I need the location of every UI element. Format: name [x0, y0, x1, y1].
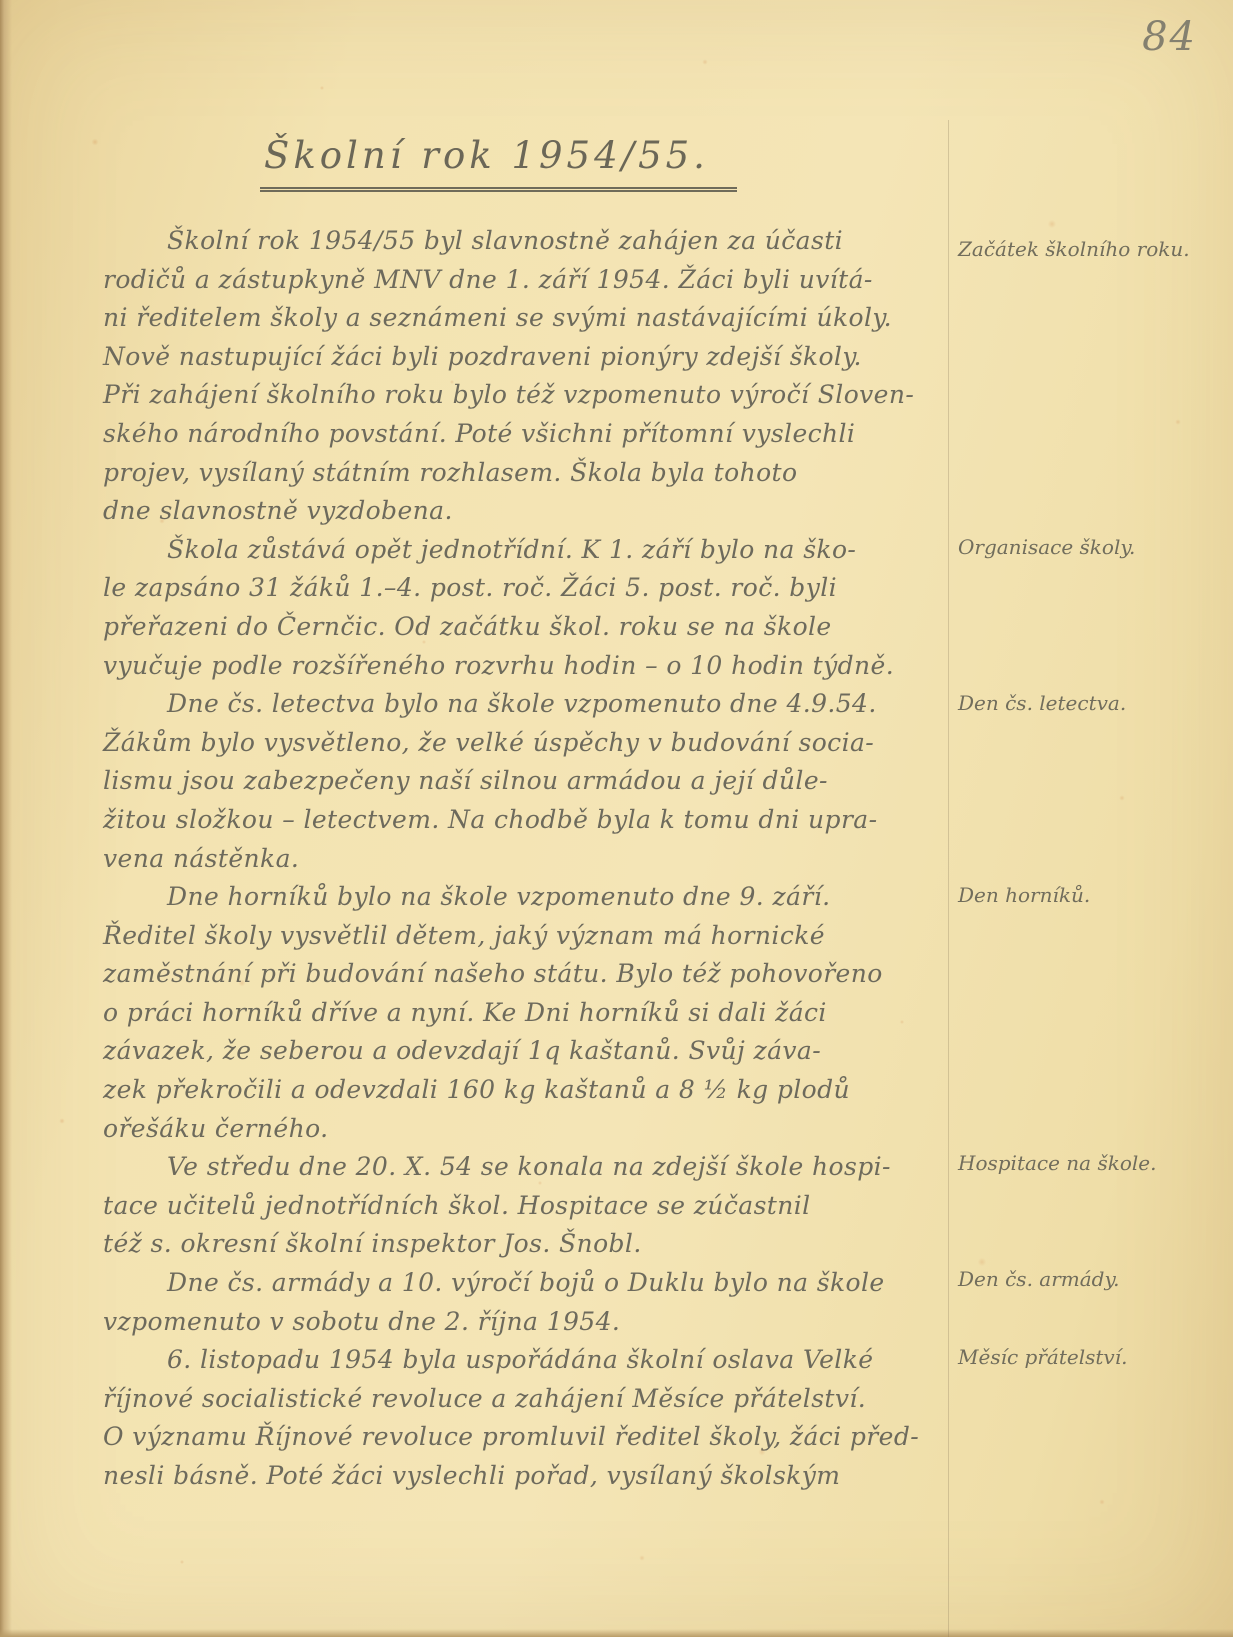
handwritten-line: závazek, že seberou a odevzdají 1q kašta…: [103, 1032, 923, 1071]
chronicle-page: 84 Školní rok 1954/55. Školní rok 1954/5…: [0, 0, 1233, 1637]
margin-note: Den čs. armády.: [958, 1266, 1228, 1292]
handwritten-line: Dne horníků bylo na škole vzpomenuto dne…: [103, 878, 923, 917]
handwritten-line: Žákům bylo vysvětleno, že velké úspěchy …: [103, 724, 923, 763]
handwritten-line: Škola zůstává opět jednotřídní. K 1. zář…: [103, 531, 923, 570]
handwritten-line: zek překročili a odevzdali 160 kg kaštan…: [103, 1071, 923, 1110]
handwritten-line: zaměstnání při budování našeho státu. By…: [103, 955, 923, 994]
handwritten-line: říjnové socialistické revoluce a zahájen…: [103, 1380, 923, 1419]
handwritten-line: přeřazeni do Černčic. Od začátku škol. r…: [103, 608, 923, 647]
margin-note: Měsíc přátelství.: [958, 1344, 1228, 1370]
handwritten-line: žitou složkou – letectvem. Na chodbě byl…: [103, 801, 923, 840]
paper-bottom-edge: [0, 1629, 1233, 1637]
paper-left-edge: [0, 0, 12, 1637]
page-title: Školní rok 1954/55.: [260, 134, 737, 192]
margin-note: Začátek školního roku.: [958, 236, 1228, 262]
handwritten-line: ského národního povstání. Poté všichni p…: [103, 415, 923, 454]
handwritten-line: Dne čs. letectva bylo na škole vzpomenut…: [103, 685, 923, 724]
handwritten-line: Při zahájení školního roku bylo též vzpo…: [103, 376, 923, 415]
handwritten-line: vyučuje podle rozšířeného rozvrhu hodin …: [103, 647, 923, 686]
handwritten-line: le zapsáno 31 žáků 1.–4. post. roč. Žáci…: [103, 569, 923, 608]
handwritten-line: ni ředitelem školy a seznámeni se svými …: [103, 299, 923, 338]
handwritten-line: vena nástěnka.: [103, 840, 923, 879]
handwritten-line: projev, vysílaný státním rozhlasem. Škol…: [103, 454, 923, 493]
handwritten-line: rodičů a zástupkyně MNV dne 1. září 1954…: [103, 261, 923, 300]
handwritten-line: lismu jsou zabezpečeny naší silnou armád…: [103, 762, 923, 801]
margin-note: Hospitace na škole.: [958, 1150, 1228, 1176]
handwritten-line: vzpomenuto v sobotu dne 2. října 1954.: [103, 1303, 923, 1342]
main-text-block: Školní rok 1954/55 byl slavnostně zaháje…: [103, 222, 923, 1496]
handwritten-line: nesli básně. Poté žáci vyslechli pořad, …: [103, 1457, 923, 1496]
handwritten-line: O významu Říjnové revoluce promluvil řed…: [103, 1418, 923, 1457]
margin-rule-line: [948, 120, 949, 1637]
handwritten-line: Školní rok 1954/55 byl slavnostně zaháje…: [103, 222, 923, 261]
handwritten-line: Ve středu dne 20. X. 54 se konala na zde…: [103, 1148, 923, 1187]
handwritten-line: tace učitelů jednotřídních škol. Hospita…: [103, 1187, 923, 1226]
margin-note: Den čs. letectva.: [958, 690, 1228, 716]
handwritten-line: Dne čs. armády a 10. výročí bojů o Duklu…: [103, 1264, 923, 1303]
handwritten-line: ořešáku černého.: [103, 1110, 923, 1149]
handwritten-line: o práci horníků dříve a nyní. Ke Dni hor…: [103, 994, 923, 1033]
margin-note: Den horníků.: [958, 882, 1228, 908]
margin-note: Organisace školy.: [958, 534, 1228, 560]
page-number: 84: [1142, 14, 1197, 60]
handwritten-line: dne slavnostně vyzdobena.: [103, 492, 923, 531]
handwritten-line: též s. okresní školní inspektor Jos. Šno…: [103, 1225, 923, 1264]
handwritten-line: 6. listopadu 1954 byla uspořádána školní…: [103, 1341, 923, 1380]
handwritten-line: Nově nastupující žáci byli pozdraveni pi…: [103, 338, 923, 377]
handwritten-line: Ředitel školy vysvětlil dětem, jaký význ…: [103, 917, 923, 956]
